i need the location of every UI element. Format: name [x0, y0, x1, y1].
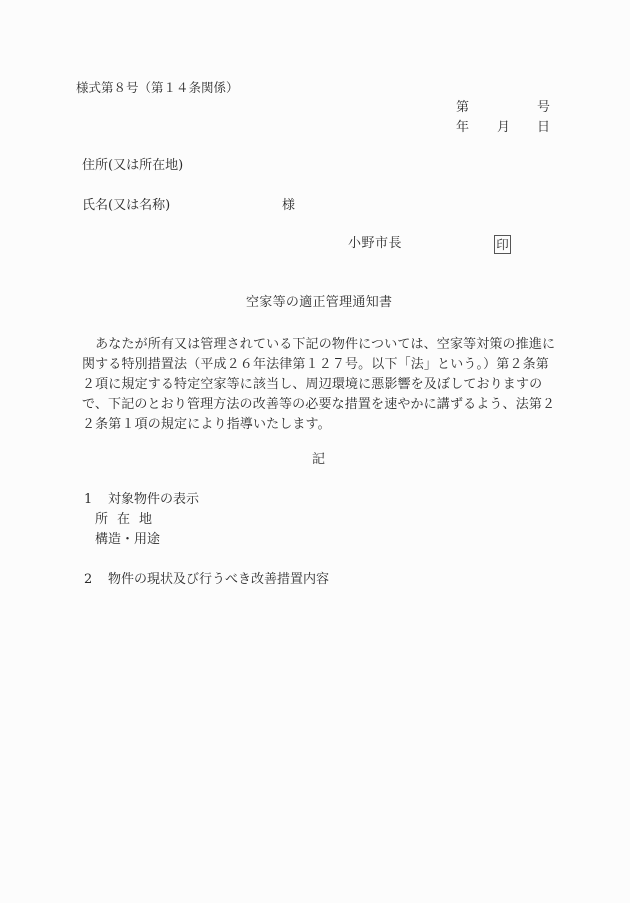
date-day-label: 日: [537, 121, 550, 134]
record-mark: 記: [312, 453, 325, 466]
seal-stamp-icon: 印: [494, 235, 511, 254]
doc-number-suffix: 号: [537, 101, 550, 114]
body-line: ２項に規定する特定空家等に該当し、周辺環境に悪影響を及ぼしておりますの: [82, 375, 552, 395]
body-line: で、下記のとおり管理方法の改善等の必要な措置を速やかに講ずるよう、法第２: [82, 395, 552, 415]
body-line: 関する特別措置法（平成２６年法律第１２７号。以下「法」という。）第２条第: [82, 355, 552, 375]
body-line: あなたが所有又は管理されている下記の物件については、空家等対策の推進に: [82, 335, 552, 355]
item-number: 1: [84, 493, 108, 506]
recipient-honorific: 様: [282, 199, 295, 212]
date-month-label: 月: [497, 121, 510, 134]
body-line: ２条第１項の規定により指導いたします。: [82, 415, 552, 435]
document-title: 空家等の適正管理通知書: [246, 296, 392, 309]
sub-item-location: 所在地: [95, 513, 161, 526]
item-current-status-measures: 2物件の現状及び行うべき改善措置内容: [84, 573, 329, 586]
form-number: 様式第８号（第１４条関係）: [76, 82, 239, 95]
recipient-name-label: 氏名(又は名称): [82, 199, 170, 212]
item-target-property: 1対象物件の表示: [84, 493, 199, 506]
doc-number-label: 第: [456, 101, 469, 114]
item-number: 2: [84, 573, 108, 586]
item-label: 物件の現状及び行うべき改善措置内容: [108, 572, 329, 587]
body-paragraph: あなたが所有又は管理されている下記の物件については、空家等対策の推進に 関する特…: [82, 335, 552, 435]
item-label: 対象物件の表示: [108, 492, 199, 507]
recipient-address-label: 住所(又は所在地): [82, 159, 183, 172]
sender-title: 小野市長: [348, 237, 402, 250]
date-year-label: 年: [456, 121, 469, 134]
sub-item-structure-use: 構造・用途: [95, 533, 160, 546]
